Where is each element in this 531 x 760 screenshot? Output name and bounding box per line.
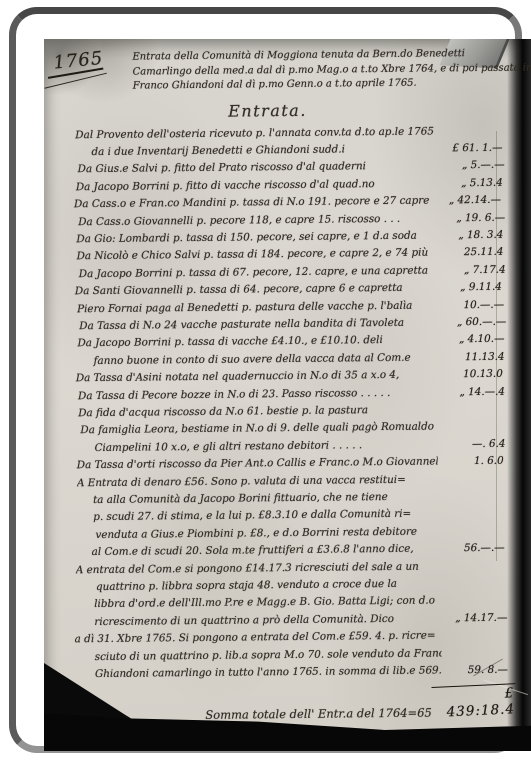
entry-amount: „ 14.17.— — [441, 610, 509, 628]
section-title-entrata: Entrata. — [71, 99, 464, 122]
entry-amount: 10.13.0 — [437, 366, 505, 384]
entry-amount — [439, 627, 507, 645]
entry-amount — [441, 418, 509, 436]
entry-amount: „ 42.14.— — [435, 192, 503, 210]
total-label: Somma totale dell' Entr.a del 1764=65 — [205, 705, 432, 721]
entry-amount: 11.13.4 — [439, 348, 507, 366]
entry-amount: 25.11.4 — [437, 244, 505, 262]
entry-amount: „ 5.13.4 — [437, 174, 505, 192]
entry-amount: „ 19. 6.— — [439, 209, 507, 227]
entry-amount — [442, 644, 510, 662]
entry-amount: —. 6.4 — [439, 436, 507, 454]
entry-amount: „ 18. 3.4 — [437, 227, 505, 245]
entry-amount: „ 14.—.4 — [439, 383, 507, 401]
entry-amount: „ 60.—.— — [440, 314, 508, 332]
entry-amount — [441, 592, 509, 610]
entry-amount: „ 7.17.4 — [440, 261, 508, 279]
entry-amount — [443, 575, 511, 593]
entries-list: Dal Provento dell'osteria ricevuto p. l'… — [71, 122, 510, 684]
entry-amount: „ 5.—.— — [439, 157, 507, 175]
ledger-line: Ghiandoni camarlingo in tutto l'anno 176… — [77, 662, 510, 684]
entry-amount: £ 61. 1.— — [436, 140, 504, 158]
ledger-header: Entrata della Comunità di Moggiona tenut… — [132, 47, 503, 94]
entry-amount — [440, 488, 508, 506]
scan-border-frame: 1765 Entrata della Comunità di Moggiona … — [9, 7, 522, 753]
total-amount-wrap: £ 439:18.4 — [432, 684, 517, 719]
total-row: Somma totale dell' Entr.a del 1764=65 £ … — [77, 684, 510, 723]
entry-amount — [441, 557, 509, 575]
entry-description: Ghiandoni camarlingo in tutto l'anno 176… — [77, 662, 442, 683]
entry-amount — [440, 505, 508, 523]
entry-amount: 10.—.— — [438, 296, 506, 314]
header-line: Franco Ghiandoni dal dì p.mo Genn.o a t.… — [133, 76, 504, 94]
screenshot-canvas: 1765 Entrata della Comunità di Moggiona … — [0, 0, 531, 760]
entry-amount: „ 4.10.— — [438, 331, 506, 349]
entry-amount: 56.—.— — [439, 540, 507, 558]
entry-amount — [442, 523, 510, 541]
entry-amount: „ 9.11.4 — [436, 279, 504, 297]
entry-amount — [442, 470, 510, 488]
entry-amount: 1. 6.0 — [438, 453, 506, 471]
manuscript-content: 1765 Entrata della Comunità di Moggiona … — [44, 39, 531, 751]
entry-amount — [439, 401, 507, 419]
entry-amount — [436, 122, 504, 140]
manuscript-photo: 1765 Entrata della Comunità di Moggiona … — [44, 39, 531, 751]
total-amount: £ 439:18.4 — [431, 683, 517, 721]
entry-amount: 59. 8.— — [442, 662, 510, 680]
